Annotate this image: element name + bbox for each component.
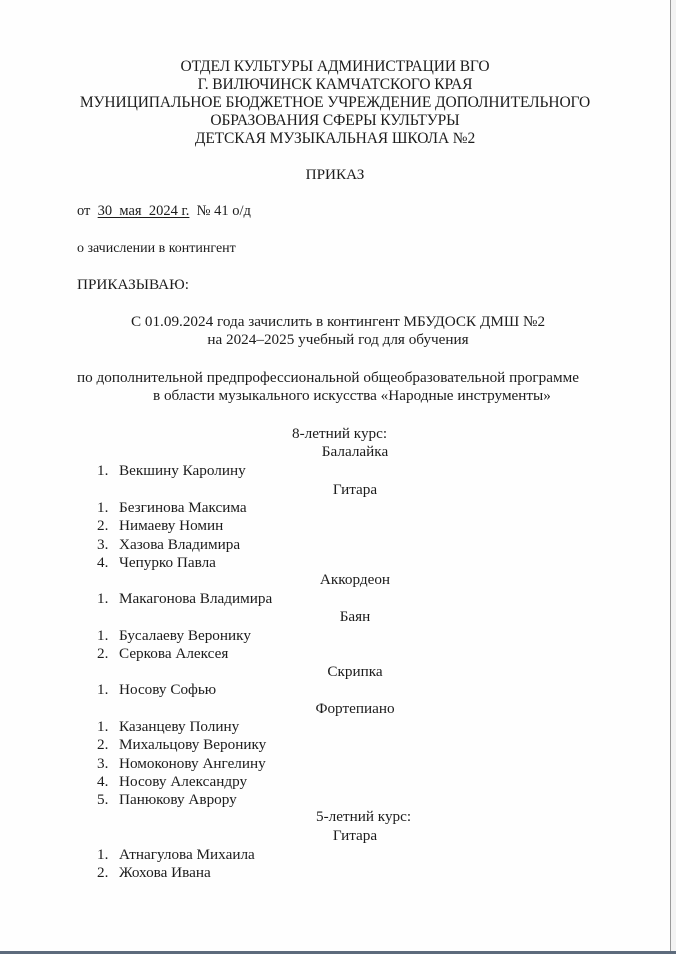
instrument-heading: Балалайка bbox=[255, 443, 455, 461]
student-list-item: 4.Носову Александру bbox=[97, 773, 247, 791]
student-name: Нимаеву Номин bbox=[119, 517, 223, 534]
list-number: 2. bbox=[97, 517, 119, 535]
student-list-item: 1.Носову Софью bbox=[97, 681, 216, 699]
student-name: Михальцову Веронику bbox=[119, 736, 266, 753]
student-name: Атнагулова Михаила bbox=[119, 846, 255, 863]
page-edge bbox=[670, 0, 676, 954]
list-number: 2. bbox=[97, 864, 119, 882]
student-list-item: 3.Хазова Владимира bbox=[97, 536, 240, 554]
student-name: Номоконову Ангелину bbox=[119, 755, 266, 772]
course-title: 8-летний курс: bbox=[292, 425, 387, 443]
student-list-item: 1.Безгинова Максима bbox=[97, 499, 247, 517]
body-line-2: на 2024–2025 учебный год для обучения bbox=[0, 331, 676, 349]
student-name: Носову Софью bbox=[119, 681, 216, 698]
list-number: 1. bbox=[97, 627, 119, 645]
student-name: Векшину Каролину bbox=[119, 462, 246, 479]
directive: ПРИКАЗЫВАЮ: bbox=[77, 276, 189, 294]
header-line-4: ОБРАЗОВАНИЯ СФЕРЫ КУЛЬТУРЫ bbox=[0, 112, 670, 130]
list-number: 5. bbox=[97, 791, 119, 809]
order-line: от 30 мая 2024 г. № 41 о/д bbox=[77, 202, 251, 220]
student-list-item: 3.Номоконову Ангелину bbox=[97, 755, 266, 773]
list-number: 1. bbox=[97, 681, 119, 699]
student-list-item: 2.Серкова Алексея bbox=[97, 645, 228, 663]
student-list-item: 5.Панюкову Аврору bbox=[97, 791, 237, 809]
instrument-heading: Баян bbox=[255, 608, 455, 626]
body-line-1: С 01.09.2024 года зачислить в контингент… bbox=[0, 313, 676, 331]
student-list-item: 2.Михальцову Веронику bbox=[97, 736, 266, 754]
list-number: 3. bbox=[97, 536, 119, 554]
list-number: 4. bbox=[97, 554, 119, 572]
student-name: Носову Александру bbox=[119, 773, 247, 790]
document-title: ПРИКАЗ bbox=[0, 166, 670, 184]
program-line-1: по дополнительной предпрофессиональной о… bbox=[77, 369, 579, 387]
student-name: Бусалаеву Веронику bbox=[119, 627, 251, 644]
header-line-1: ОТДЕЛ КУЛЬТУРЫ АДМИНИСТРАЦИИ ВГО bbox=[0, 58, 670, 76]
student-name: Хазова Владимира bbox=[119, 536, 240, 553]
student-list-item: 1.Казанцеву Полину bbox=[97, 718, 239, 736]
order-prefix: от bbox=[77, 203, 90, 219]
course-title: 5-летний курс: bbox=[316, 808, 411, 826]
header-line-3: МУНИЦИПАЛЬНОЕ БЮДЖЕТНОЕ УЧРЕЖДЕНИЕ ДОПОЛ… bbox=[0, 94, 670, 112]
list-number: 1. bbox=[97, 846, 119, 864]
student-list-item: 1.Векшину Каролину bbox=[97, 462, 246, 480]
list-number: 2. bbox=[97, 645, 119, 663]
order-subject: о зачислении в контингент bbox=[77, 240, 236, 258]
student-name: Панюкову Аврору bbox=[119, 791, 237, 808]
list-number: 1. bbox=[97, 718, 119, 736]
order-number: № 41 о/д bbox=[197, 203, 251, 219]
list-number: 1. bbox=[97, 462, 119, 480]
instrument-heading: Фортепиано bbox=[255, 700, 455, 718]
student-name: Макагонова Владимира bbox=[119, 590, 272, 607]
instrument-heading: Скрипка bbox=[255, 663, 455, 681]
student-name: Чепурко Павла bbox=[119, 554, 216, 571]
list-number: 3. bbox=[97, 755, 119, 773]
list-number: 1. bbox=[97, 590, 119, 608]
header-line-5: ДЕТСКАЯ МУЗЫКАЛЬНАЯ ШКОЛА №2 bbox=[0, 130, 670, 148]
student-list-item: 1.Атнагулова Михаила bbox=[97, 846, 255, 864]
student-list-item: 2.Нимаеву Номин bbox=[97, 517, 223, 535]
student-name: Безгинова Максима bbox=[119, 499, 247, 516]
student-name: Серкова Алексея bbox=[119, 645, 228, 662]
header-line-2: Г. ВИЛЮЧИНСК КАМЧАТСКОГО КРАЯ bbox=[0, 76, 670, 94]
student-name: Жохова Ивана bbox=[119, 864, 211, 881]
list-number: 1. bbox=[97, 499, 119, 517]
student-list-item: 2.Жохова Ивана bbox=[97, 864, 211, 882]
student-list-item: 1.Макагонова Владимира bbox=[97, 590, 272, 608]
student-list-item: 4.Чепурко Павла bbox=[97, 554, 216, 572]
list-number: 4. bbox=[97, 773, 119, 791]
instrument-heading: Гитара bbox=[255, 827, 455, 845]
program-line-2: в области музыкального искусства «Народн… bbox=[153, 387, 551, 405]
student-name: Казанцеву Полину bbox=[119, 718, 239, 735]
list-number: 2. bbox=[97, 736, 119, 754]
order-date: 30 мая 2024 г. bbox=[98, 203, 190, 219]
instrument-heading: Гитара bbox=[255, 481, 455, 499]
student-list-item: 1.Бусалаеву Веронику bbox=[97, 627, 251, 645]
instrument-heading: Аккордеон bbox=[255, 571, 455, 589]
document-page: ОТДЕЛ КУЛЬТУРЫ АДМИНИСТРАЦИИ ВГО Г. ВИЛЮ… bbox=[0, 0, 670, 951]
